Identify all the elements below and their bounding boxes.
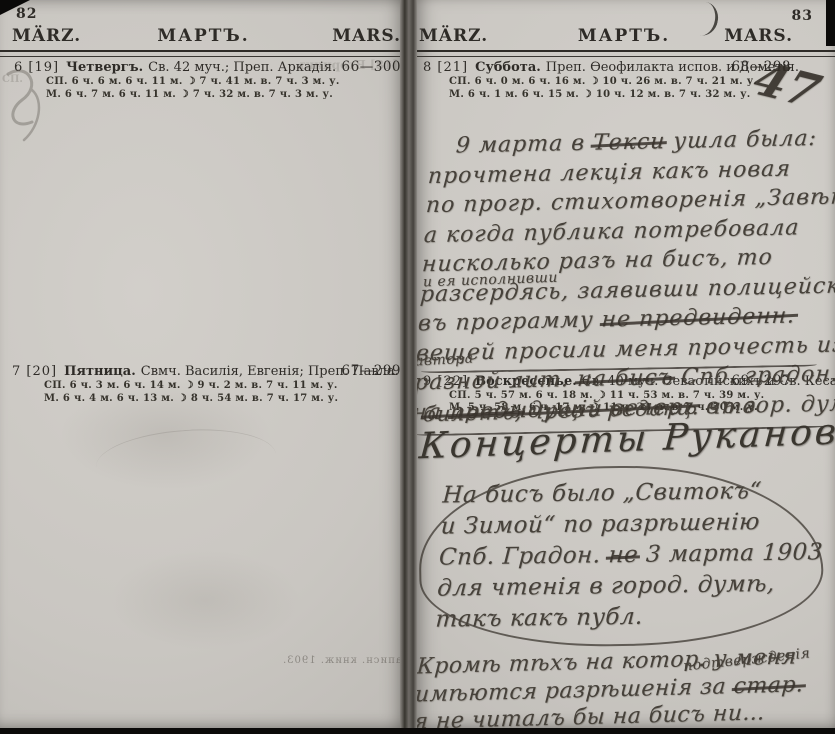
header-rule — [0, 50, 407, 57]
calendar-entry: 6 [19]Четвергъ.Св. 42 муч.; Преп. Аркаді… — [14, 60, 336, 75]
moon-times-line: М. 6 ч. 4 м. 6 ч. 13 м. ☽ 8 ч. 54 м. в. … — [44, 393, 338, 404]
paper-crease — [94, 424, 278, 497]
entry-date: 7 [20] — [12, 364, 57, 379]
struck-text: не предвиденн. — [601, 303, 796, 332]
handwritten-line: для чтенія в город. думѣ, — [436, 568, 810, 604]
handwritten-text: На бисъ было „Свитокъ“ — [442, 478, 763, 508]
book-scan-photo: 82 MÄRZ. МАРТЪ. MARS. 6 [19]Четвергъ.Св.… — [0, 0, 835, 734]
sun-times-line: СП. 6 ч. 0 м. 6 ч. 16 м. ☽ 10 ч. 26 м. в… — [449, 76, 757, 87]
left-page: 82 MÄRZ. МАРТЪ. MARS. 6 [19]Четвергъ.Св.… — [0, 0, 407, 728]
handwritten-text: и Зимой“ по разрѣшенію — [440, 509, 761, 539]
page-number-right: 83 — [792, 8, 813, 24]
entry-weekday: Пятница. — [64, 364, 136, 379]
handwritten-line: такъ какъ публ. — [435, 599, 809, 635]
handwritten-text: ушла была: — [665, 126, 818, 154]
struck-text: Текси — [592, 129, 666, 156]
handwritten-text: для чтенія в город. думѣ, — [437, 571, 776, 602]
photo-bottom-edge — [0, 728, 835, 734]
diary-insert-small: автора — [415, 350, 474, 369]
left-page-header: MÄRZ. МАРТЪ. MARS. — [0, 26, 407, 48]
handwritten-text: 9 марта в — [455, 131, 594, 159]
pencil-scribble — [2, 60, 50, 150]
entry-weekday: Суббота. — [475, 60, 541, 75]
handwritten-text: Спб. Градон. — [438, 542, 609, 570]
right-page: 83 MÄRZ. МАРТЪ. MARS. 8 [21]Суббота.Преп… — [413, 0, 835, 728]
right-page-header: MÄRZ. МАРТЪ. MARS. — [413, 26, 835, 48]
sun-times-line: СП. 6 ч. 3 м. 6 ч. 14 м. ☽ 9 ч. 2 м. в. … — [44, 380, 338, 391]
page-number-left: 82 — [16, 6, 37, 22]
struck-text: не — [608, 542, 639, 568]
circled-note: На бисъ было „Свитокъ“и Зимой“ по разрѣш… — [435, 475, 816, 635]
book-gutter — [400, 0, 417, 734]
entry-page-counter: 67—299 — [342, 363, 401, 379]
handwritten-text: 3 марта 1903 — [638, 539, 824, 568]
handwritten-text: такъ какъ публ. — [435, 604, 644, 633]
handwritten-text: въ программу — [417, 308, 602, 337]
ghost-book-imprint: Записн. книж. 1903. — [282, 655, 407, 666]
entry-date: 8 [21] — [423, 60, 468, 75]
paper-stain — [110, 550, 300, 650]
struck-text: стар. — [733, 672, 804, 699]
header-french: MARS. — [332, 26, 401, 46]
moon-times-line: М. 6 ч. 7 м. 6 ч. 11 м. ☽ 7 ч. 32 м. в. … — [46, 89, 333, 100]
photo-corner-dark — [826, 0, 835, 46]
moon-times-line: М. 6 ч. 1 м. 6 ч. 15 м. ☽ 10 ч. 12 м. в.… — [449, 89, 751, 100]
entry-weekday: Четвергъ. — [66, 60, 143, 75]
sun-times-line: СП. 6 ч. 6 м. 6 ч. 11 м. ☽ 7 ч. 41 м. в.… — [46, 76, 340, 87]
ghost-previous-day: [18] Вторникъ. — [292, 58, 398, 72]
header-french: MARS. — [724, 26, 793, 46]
